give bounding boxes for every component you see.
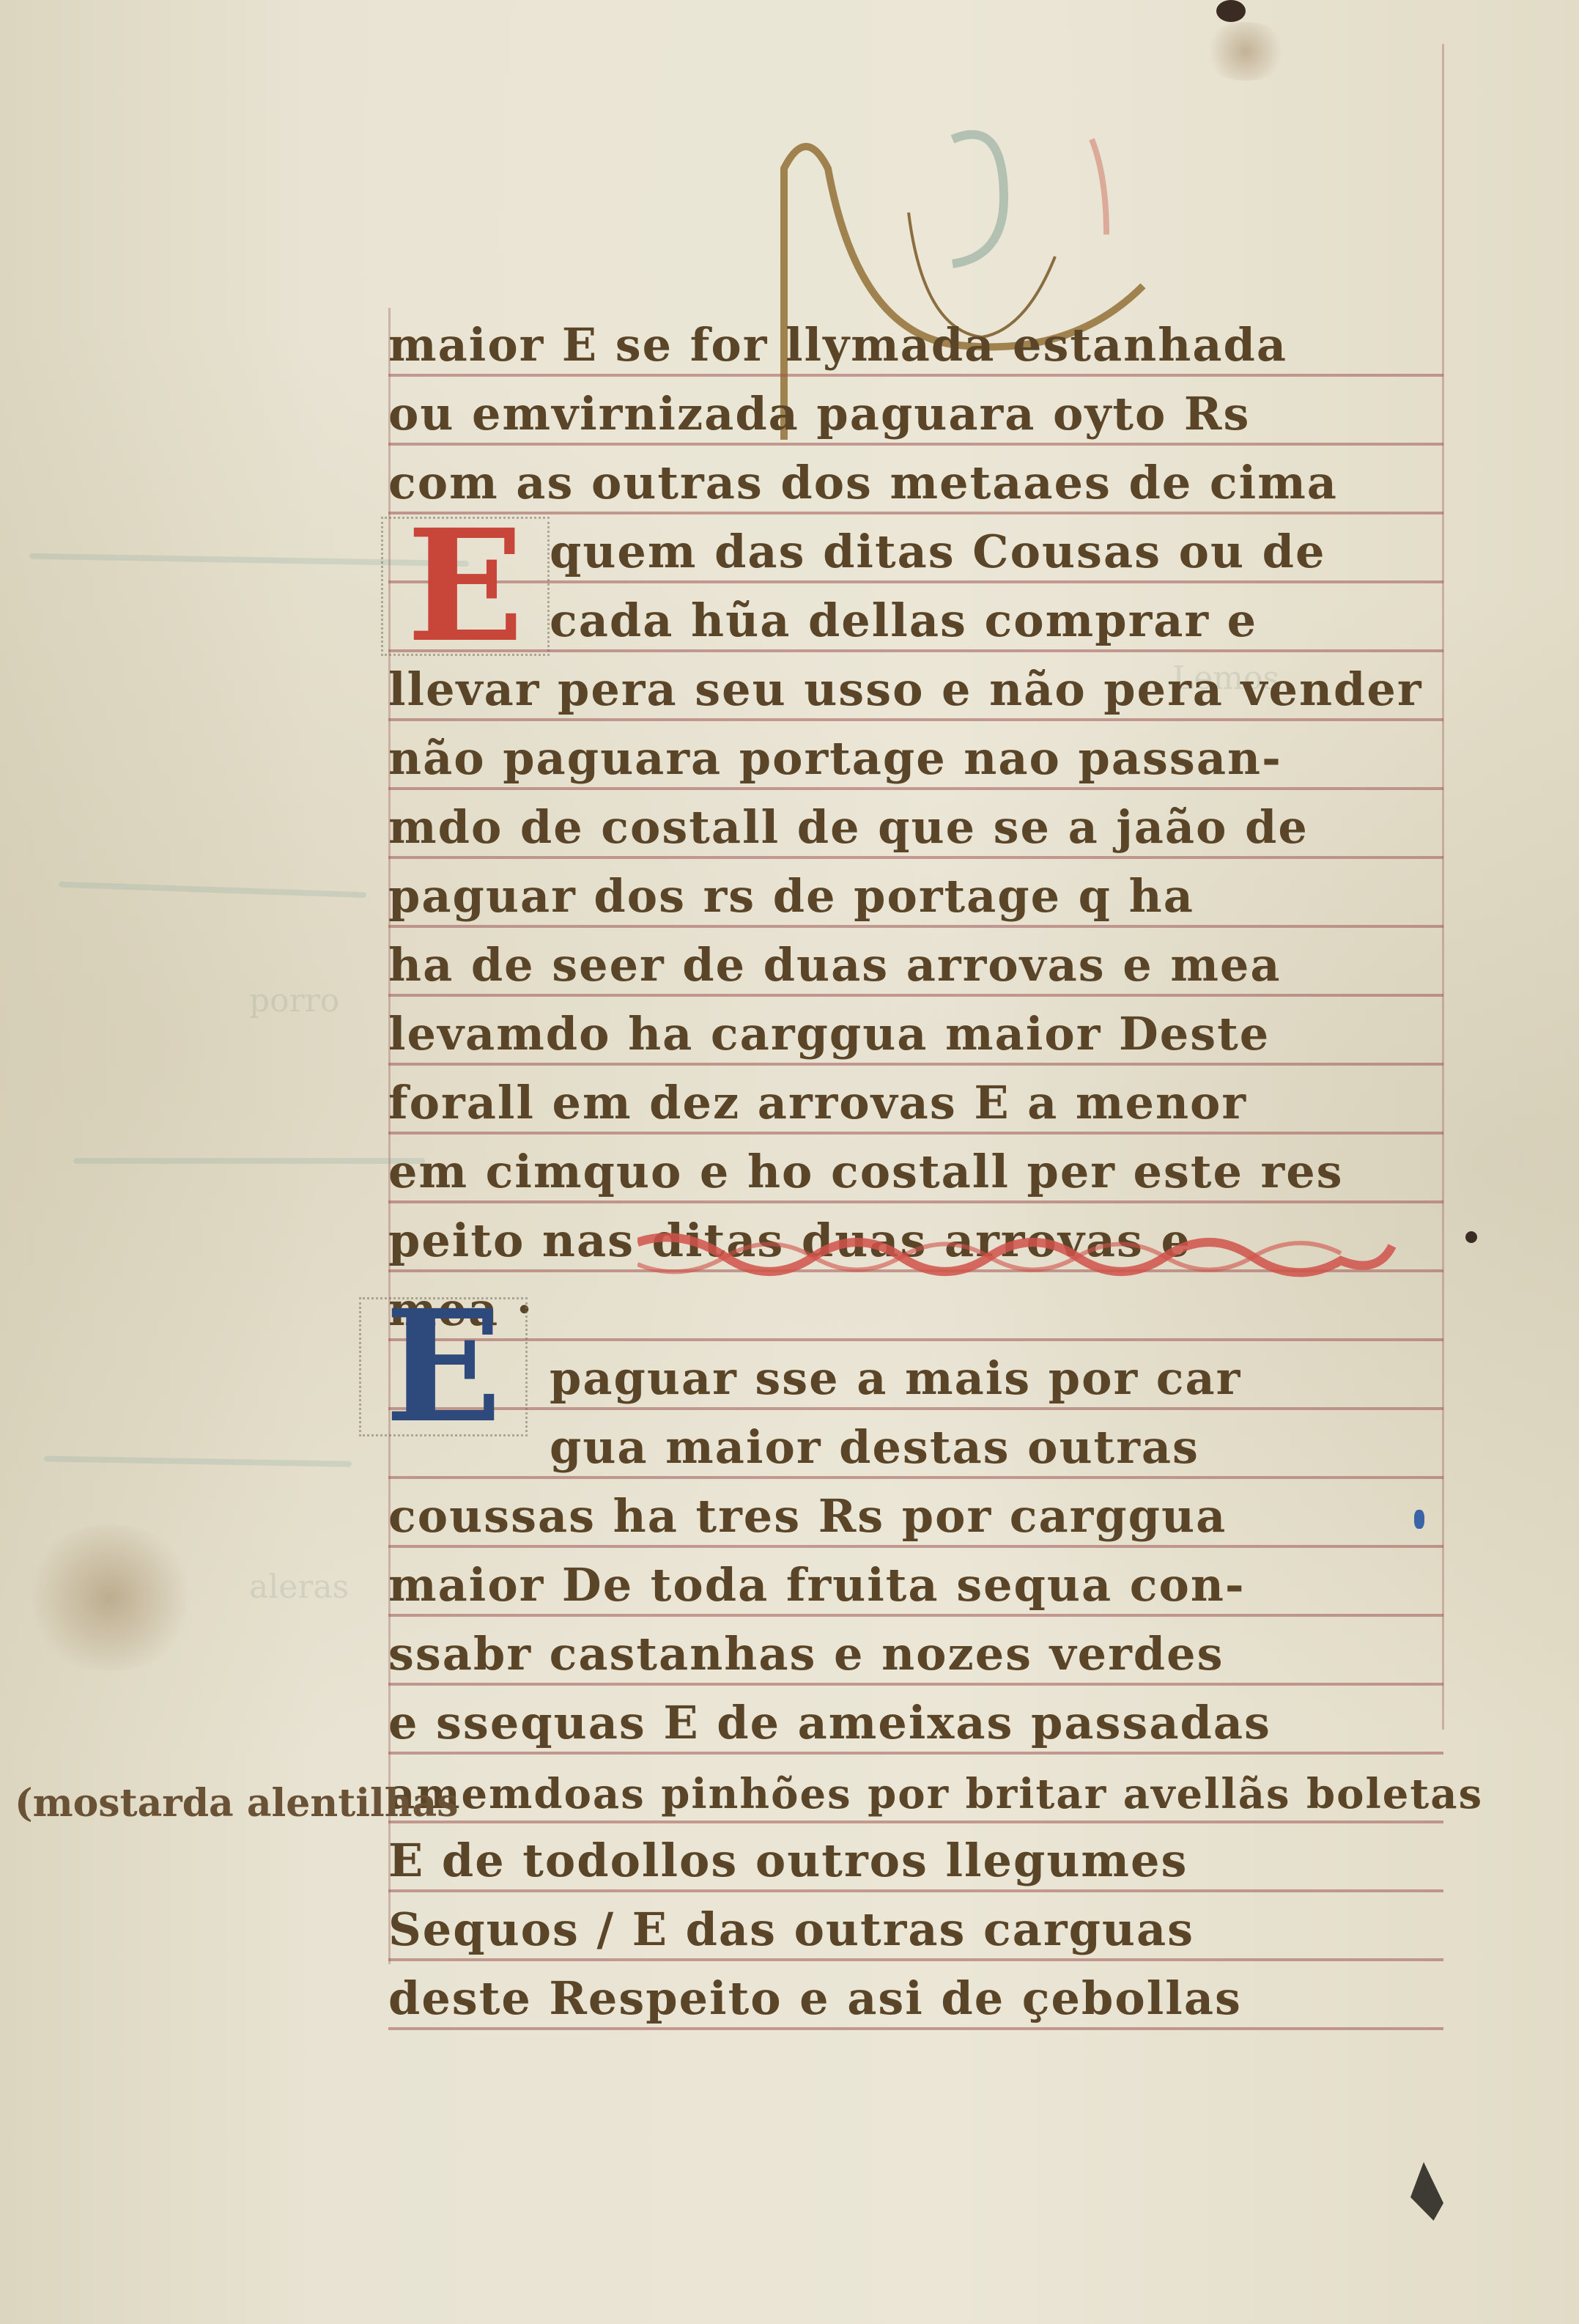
text-line: e ssequas E de ameixas passadas [388,1686,1443,1755]
text-line: maior E se for llymada estanhada [388,308,1443,377]
text-line: E de todollos outros llegumes [388,1823,1443,1892]
ghost-ruling [59,882,366,899]
blue-initial-e: E [359,1297,528,1436]
text-line: em cimquo e ho costall per este res [388,1135,1443,1203]
parchment-hole [1410,2162,1443,2221]
ghost-ruling [73,1158,425,1164]
blue-ink-mark [1414,1510,1424,1529]
text-line: mea · [388,1272,1443,1341]
text-line: forall em dez arrovas E a menor [388,1066,1443,1135]
ghost-text: aleras [249,1568,349,1606]
text-line: paguar dos rs de portage q ha [388,859,1443,928]
stain [1202,22,1290,81]
text-line: deste Respeito e asi de çebollas [388,1961,1443,2030]
ink-spot [1216,0,1246,22]
text-line: Sequos / E das outras carguas [388,1892,1443,1961]
red-initial-e: E [381,517,550,656]
marginal-note: (mostarda alentilhas [15,1781,459,1826]
text-line: ou emvirnizada paguara oyto Rs [388,377,1443,446]
ghost-text: porro [249,982,339,1019]
text-line: com as outras dos metaaes de cima [388,446,1443,514]
text-line: ha de seer de duas arrovas e mea [388,928,1443,997]
text-line: paguar sse a mais por car [388,1341,1443,1410]
ink-spot [1465,1231,1477,1243]
text-line: mdo de costall de que se a jaão de [388,790,1443,859]
text-line: gua maior destas outras [388,1410,1443,1479]
manuscript-page: Lemos porro aleras maior E se for llymad… [0,0,1579,2324]
stain [22,1524,198,1671]
text-line: coussas ha tres Rs por carggua [388,1479,1443,1548]
line-filler-flourish-icon [637,1231,1399,1283]
text-line: maior De toda fruita sequa con- [388,1548,1443,1617]
text-line: levamdo ha carggua maior Deste [388,997,1443,1066]
text-line: llevar pera seu usso e não pera vender [388,652,1443,721]
text-line: ssabr castanhas e nozes verdes [388,1617,1443,1686]
text-line: amemdoas pinhões por britar avellãs bole… [388,1755,1443,1823]
text-line: não paguara portage nao passan- [388,721,1443,790]
ghost-ruling [44,1456,352,1467]
